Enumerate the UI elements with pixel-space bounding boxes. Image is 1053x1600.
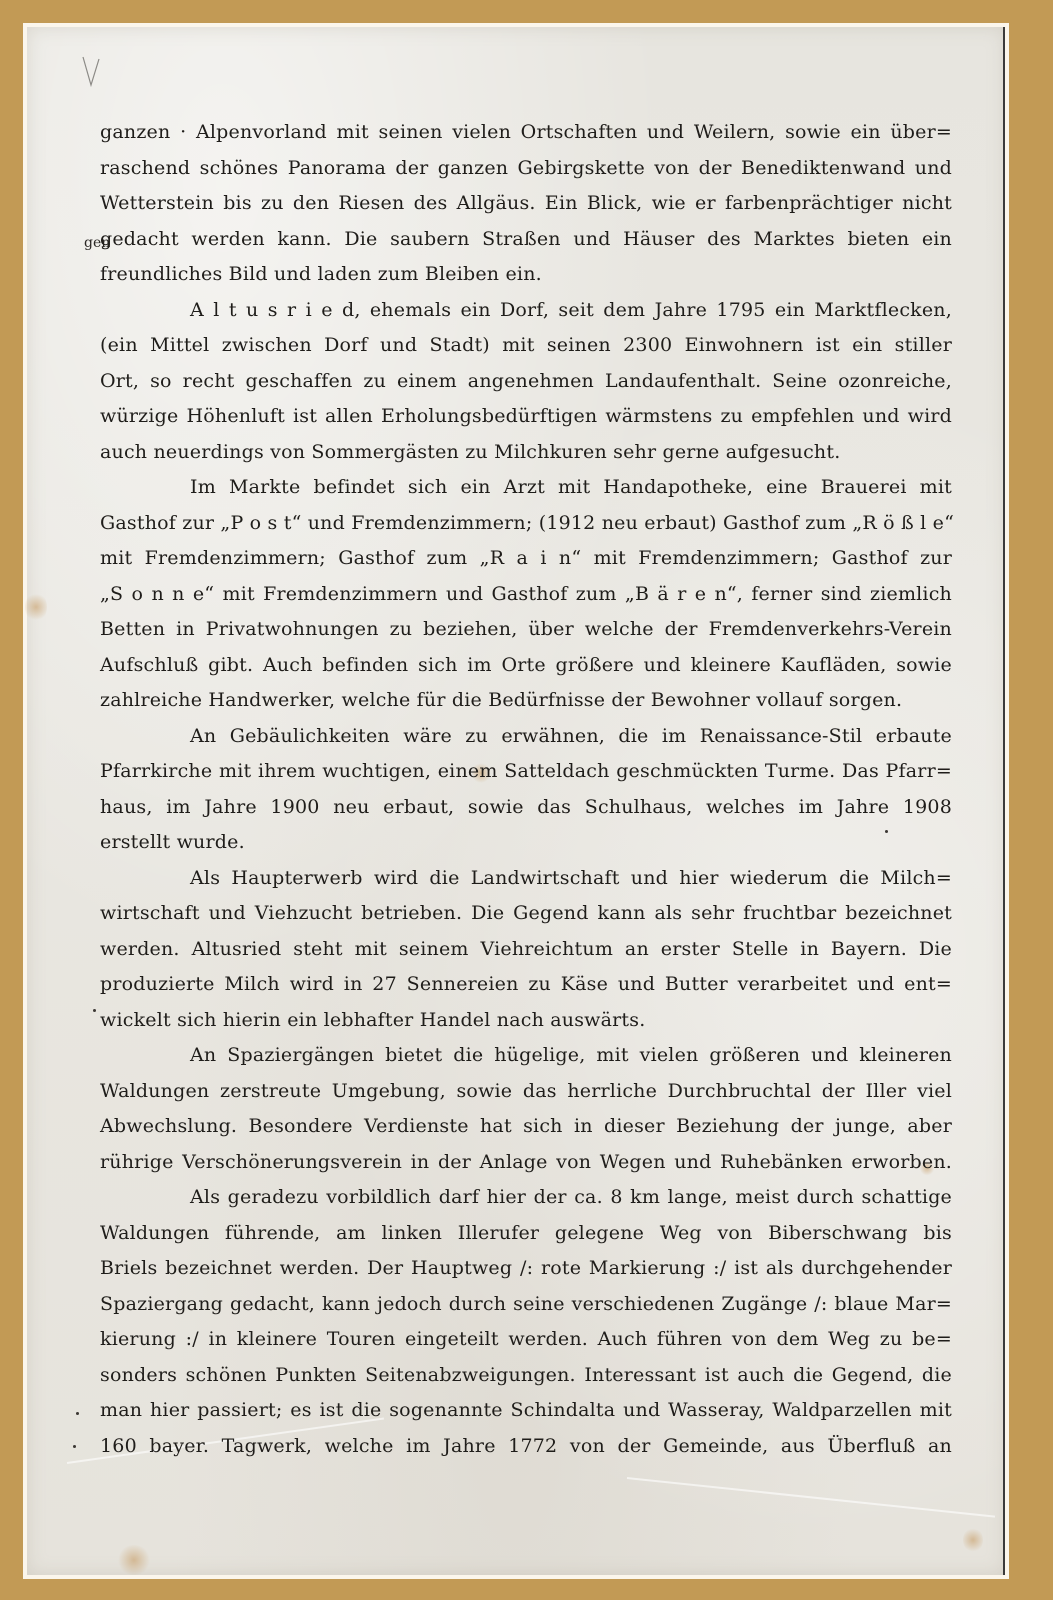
- text-line: Wetterstein bis zu den Riesen des Allgäu…: [100, 186, 952, 222]
- text-line: An Gebäulichkeiten wäre zu erwähnen, die…: [100, 719, 952, 755]
- pencil-mark: [79, 55, 109, 93]
- text-line: Gasthof zur „P o s t“ und Fremdenzimmern…: [100, 506, 952, 542]
- text-line: Ort, so recht geschaffen zu einem angene…: [100, 364, 952, 400]
- speck: [76, 1412, 79, 1415]
- document-body: ganzen · Alpenvorland mit seinen vielen …: [100, 115, 952, 1464]
- text-line: Als Haupterwerb wird die Landwirtschaft …: [100, 861, 952, 897]
- text-line: A l t u s r i e d, ehemals ein Dorf, sei…: [100, 293, 952, 329]
- text-line: Aufschluß gibt. Auch befinden sich im Or…: [100, 648, 952, 684]
- text-line: Im Markte befindet sich ein Arzt mit Han…: [100, 470, 952, 506]
- text-line: werden. Altusried steht mit seinem Viehr…: [100, 932, 952, 968]
- text-line: Spaziergang gedacht, kann jedoch durch s…: [100, 1287, 952, 1323]
- text-line: Betten in Privatwohnungen zu beziehen, ü…: [100, 612, 952, 648]
- paragraph: An Spaziergängen bietet die hügelige, mi…: [100, 1038, 952, 1180]
- text-line: Abwechslung. Besondere Verdienste hat si…: [100, 1109, 952, 1145]
- text-line: freundliches Bild und laden zum Bleiben …: [100, 257, 952, 293]
- text-line: wirtschaft und Viehzucht betrieben. Die …: [100, 896, 952, 932]
- text-line: zahlreiche Handwerker, welche für die Be…: [100, 683, 952, 719]
- paragraph: Als Haupterwerb wird die Landwirtschaft …: [100, 861, 952, 1039]
- text-line: 160 bayer. Tagwerk, welche im Jahre 1772…: [100, 1429, 952, 1465]
- stain: [963, 1527, 983, 1553]
- stain: [117, 1545, 151, 1575]
- text-line: produzierte Milch wird in 27 Sennereien …: [100, 967, 952, 1003]
- text-line: man hier passiert; es ist die sogenannte…: [100, 1393, 952, 1429]
- speck: [73, 1445, 76, 1448]
- text-line: Pfarrkirche mit ihrem wuchtigen, einem S…: [100, 754, 952, 790]
- text-line: erstellt wurde.: [100, 825, 952, 861]
- text-line: haus, im Jahre 1900 neu erbaut, sowie da…: [100, 790, 952, 826]
- paragraph: ganzen · Alpenvorland mit seinen vielen …: [100, 115, 952, 293]
- text-line: rührige Verschönerungsverein in der Anla…: [100, 1145, 952, 1181]
- text-line: Waldungen führende, am linken Illerufer …: [100, 1216, 952, 1252]
- text-line: „S o n n e“ mit Fremdenzimmern und Gasth…: [100, 577, 952, 613]
- text-line: Waldungen zerstreute Umgebung, sowie das…: [100, 1074, 952, 1110]
- text-line: raschend schönes Panorama der ganzen Geb…: [100, 151, 952, 187]
- text-line: Briels bezeichnet werden. Der Hauptweg /…: [100, 1251, 952, 1287]
- text-line: kierung :/ in kleinere Touren eingeteilt…: [100, 1322, 952, 1358]
- paragraph: Als geradezu vorbildlich darf hier der c…: [100, 1180, 952, 1464]
- crease: [627, 1477, 995, 1518]
- text-line: wickelt sich hierin ein lebhafter Handel…: [100, 1003, 952, 1039]
- speck: [93, 1009, 96, 1012]
- text-line: auch neuerdings von Sommergästen zu Milc…: [100, 435, 952, 471]
- text-line: sonders schönen Punkten Seitenabzweigung…: [100, 1358, 952, 1394]
- paragraph: Im Markte befindet sich ein Arzt mit Han…: [100, 470, 952, 719]
- stain: [25, 592, 47, 622]
- text-line: (ein Mittel zwischen Dorf und Stadt) mit…: [100, 328, 952, 364]
- text-line: ganzen · Alpenvorland mit seinen vielen …: [100, 115, 952, 151]
- text-line: würzige Höhenluft ist allen Erholungsbed…: [100, 399, 952, 435]
- paragraph: An Gebäulichkeiten wäre zu erwähnen, die…: [100, 719, 952, 861]
- text-line: mit Fremdenzimmern; Gasthof zum „R a i n…: [100, 541, 952, 577]
- paragraph: A l t u s r i e d, ehemals ein Dorf, sei…: [100, 293, 952, 471]
- text-line: An Spaziergängen bietet die hügelige, mi…: [100, 1038, 952, 1074]
- text-line: Als geradezu vorbildlich darf hier der c…: [100, 1180, 952, 1216]
- text-line: gedacht werden kann. Die saubern Straßen…: [100, 222, 952, 258]
